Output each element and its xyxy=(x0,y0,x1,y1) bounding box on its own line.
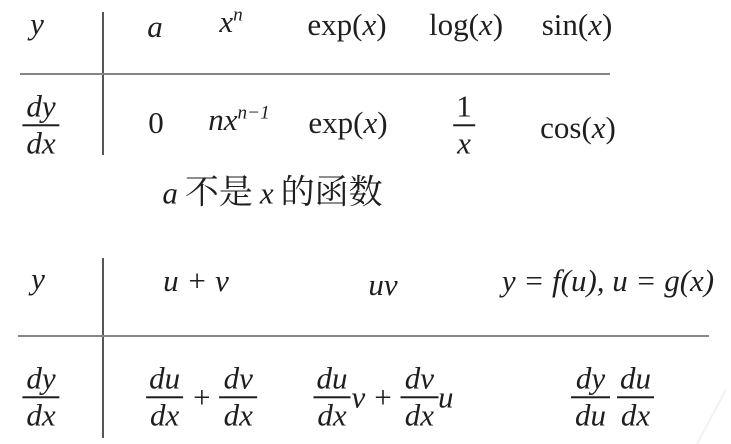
t2-horizontal-rule xyxy=(18,335,709,337)
dydx-fraction: dydx xyxy=(22,89,59,160)
close-paren: ) xyxy=(606,110,616,145)
reciprocal-fraction: 1x xyxy=(452,89,476,160)
fraction-denominator: x xyxy=(453,124,475,161)
du-dx-fraction: dudx xyxy=(312,361,351,432)
plus-sign: + xyxy=(193,380,210,414)
fraction-denominator: dx xyxy=(146,396,183,433)
dydx-fraction: dydx xyxy=(22,361,59,432)
fraction-numerator: dy xyxy=(572,361,609,396)
close-paren: ) xyxy=(376,7,386,42)
note-var-a: a xyxy=(162,175,178,210)
fraction-denominator: dx xyxy=(220,396,257,433)
fraction-numerator: dy xyxy=(22,361,59,396)
du-dx-fraction: dudx xyxy=(616,361,655,432)
fraction-denominator: dx xyxy=(617,396,654,433)
t1-header-log: log(x) xyxy=(429,8,503,42)
fraction-numerator: dv xyxy=(401,361,438,396)
fraction-numerator: dy xyxy=(22,89,59,124)
note-text-end: 的函数 xyxy=(281,174,383,211)
dv-dx-fraction: dvdx xyxy=(220,361,257,432)
t2-vertical-rule xyxy=(102,258,104,438)
factor-u: u xyxy=(438,380,454,414)
t1-deriv-reciprocal: 1x xyxy=(452,89,476,160)
t1-row-label-y: y xyxy=(30,7,44,41)
close-paren: ) xyxy=(602,7,612,42)
close-paren: ) xyxy=(377,105,387,140)
t1-horizontal-rule xyxy=(20,73,610,75)
t1-header-power: xn xyxy=(219,5,242,39)
dy-du-fraction: dydu xyxy=(571,361,610,432)
function-arg: x xyxy=(479,7,493,42)
t2-row-label-dydx: dydx xyxy=(22,361,59,432)
factor-v: v xyxy=(351,380,365,414)
t2-deriv-sum-rule: dudx + dvdx xyxy=(145,361,257,432)
fraction-numerator: du xyxy=(616,361,655,396)
function-name: cos( xyxy=(540,110,592,145)
derivative-rules-slide: y a xn exp(x) log(x) sin(x) dydx 0 nxn−1… xyxy=(0,0,731,444)
fraction-denominator: dx xyxy=(22,396,59,433)
t2-header-composite: y = f(u), u = g(x) xyxy=(502,264,714,298)
function-arg: x xyxy=(363,7,377,42)
t1-header-exp: exp(x) xyxy=(307,8,386,42)
note-a-not-function-of-x: a不是x的函数 xyxy=(155,174,382,211)
t1-deriv-cos: cos(x) xyxy=(540,111,616,145)
function-arg: x xyxy=(588,7,602,42)
t2-deriv-product-rule: dudx v + dvdx u xyxy=(312,361,453,432)
fraction-denominator: dx xyxy=(313,396,350,433)
t2-row-label-y: y xyxy=(31,262,45,296)
t2-header-product: uv xyxy=(368,268,397,302)
function-arg: x xyxy=(364,105,378,140)
t1-deriv-zero: 0 xyxy=(148,106,164,140)
function-arg: x xyxy=(592,110,606,145)
fraction-numerator: dv xyxy=(220,361,257,396)
power-exponent: n−1 xyxy=(238,103,270,124)
t2-deriv-chain-rule: dydu dudx xyxy=(571,361,655,432)
fraction-denominator: du xyxy=(571,396,610,433)
t1-deriv-exp: exp(x) xyxy=(308,106,387,140)
note-var-x: x xyxy=(260,175,274,210)
function-name: exp( xyxy=(308,105,363,140)
power-base: nx xyxy=(208,102,237,137)
fraction-numerator: 1 xyxy=(452,89,476,124)
faint-diagonal-artifact xyxy=(696,389,727,444)
t1-header-sin: sin(x) xyxy=(542,8,613,42)
t1-header-constant-a: a xyxy=(147,10,163,44)
function-name: sin( xyxy=(542,7,589,42)
fraction-denominator: dx xyxy=(401,396,438,433)
fraction-numerator: du xyxy=(145,361,184,396)
t1-row-label-dydx: dydx xyxy=(22,89,59,160)
function-name: log( xyxy=(429,7,479,42)
du-dx-fraction: dudx xyxy=(145,361,184,432)
t1-vertical-rule xyxy=(102,12,104,155)
t1-deriv-power: nxn−1 xyxy=(208,103,269,137)
function-name: exp( xyxy=(307,7,362,42)
note-text-middle: 不是 xyxy=(185,174,253,211)
power-base: x xyxy=(219,4,233,39)
t2-header-sum: u + v xyxy=(163,264,229,298)
fraction-denominator: dx xyxy=(22,124,59,161)
fraction-numerator: du xyxy=(312,361,351,396)
dv-dx-fraction: dvdx xyxy=(401,361,438,432)
power-exponent: n xyxy=(233,5,243,26)
close-paren: ) xyxy=(493,7,503,42)
plus-sign: + xyxy=(374,380,391,414)
